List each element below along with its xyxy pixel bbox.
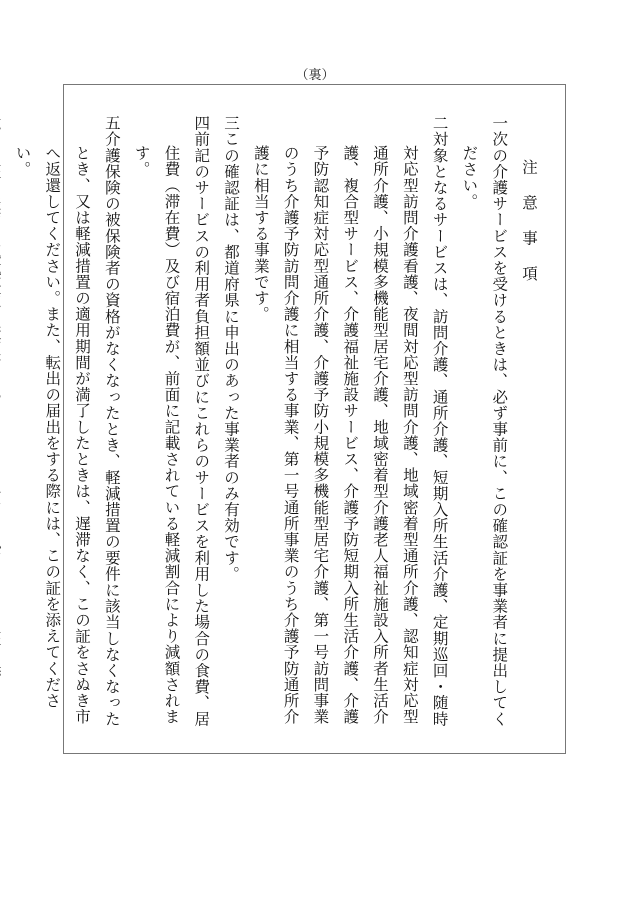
notice-item-2: 二対象となるサービスは、訪問介護、通所介護、短期入所生活介護、定期巡回・随時対応… (245, 99, 454, 739)
item-text: 介護保険の被保険者の資格がなくなったとき、軽減措置の要件に該当しなくなったとき、… (13, 131, 120, 727)
item-number: 五 (103, 115, 121, 131)
notice-item-1: 一次の介護サービスを受けるときは、必ず事前に、この確認証を事業者に提出してくださ… (454, 99, 514, 739)
notice-item-4: 四前記のサービスの利用者負担額並びにこれらのサービスを利用した場合の食費、居住費… (126, 99, 215, 739)
notice-box: 注意事項 一次の介護サービスを受けるときは、必ず事前に、この確認証を事業者に提出… (63, 84, 566, 754)
page-side-label: （裏） (0, 64, 630, 83)
notice-item-5: 五介護保険の被保険者の資格がなくなったとき、軽減措置の要件に該当しなくなったとき… (7, 99, 126, 739)
item-number: 三 (222, 115, 240, 131)
item-text: この証の表面の記載事項に変更があったときは、十四日以内に、この証を添えて、さぬき… (0, 131, 2, 727)
notice-text: 注意事項 一次の介護サービスを受けるときは、必ず事前に、この確認証を事業者に提出… (0, 99, 543, 739)
notice-item-3: 三この確認証は、都道府県に申出のあった事業者のみ有効です。 (215, 99, 245, 739)
item-text: 対象となるサービスは、訪問介護、通所介護、短期入所生活介護、定期巡回・随時対応型… (252, 131, 449, 727)
item-text: 次の介護サービスを受けるときは、必ず事前に、この確認証を事業者に提出してください… (460, 131, 508, 727)
item-number: 四 (192, 115, 210, 131)
notice-heading: 注意事項 (513, 99, 543, 739)
item-text: この確認証は、都道府県に申出のあった事業者のみ有効です。 (222, 131, 240, 582)
item-number: 二 (431, 115, 449, 131)
item-number: 一 (490, 115, 508, 131)
item-text: 前記のサービスの利用者負担額並びにこれらのサービスを利用した場合の食費、居住費（… (133, 131, 211, 727)
item-number: 六 (0, 115, 2, 131)
notice-item-6: 六この証の表面の記載事項に変更があったときは、十四日以内に、この証を添えて、さぬ… (0, 99, 7, 739)
